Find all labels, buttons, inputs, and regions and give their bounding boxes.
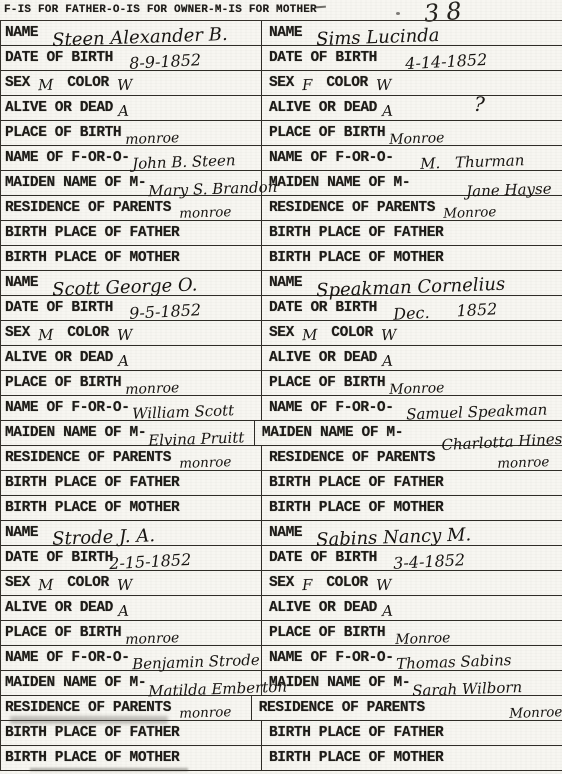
- foro-label: NAME OF F-OR-O-: [269, 401, 394, 416]
- maiden-field: MAIDEN NAME OF M-Charlotta Hines: [255, 421, 562, 445]
- record-row: BIRTH PLACE OF MOTHERBIRTH PLACE OF MOTH…: [1, 246, 562, 271]
- pob-label: PLACE OF BIRTH: [269, 376, 385, 391]
- color-label: COLOR: [326, 576, 368, 591]
- sex-value: F: [302, 77, 313, 92]
- sex-label: SEX: [269, 576, 294, 591]
- foro-field: NAME OF F-OR-O-Benjamin Strode: [1, 646, 262, 670]
- pob-field: PLACE OF BIRTHmonroe: [1, 371, 262, 395]
- pob-field: PLACE OF BIRTHmonroe: [1, 121, 262, 145]
- bpm-label: BIRTH PLACE OF MOTHER: [5, 251, 179, 266]
- bpm-label: BIRTH PLACE OF MOTHER: [269, 251, 443, 266]
- dob-field: DATE OF BIRTH9-5-1852: [1, 296, 262, 320]
- sex-field: SEXMCOLORW: [262, 321, 562, 345]
- bpf-field: BIRTH PLACE OF FATHER: [1, 471, 262, 495]
- bpf-field: BIRTH PLACE OF FATHER: [262, 471, 562, 495]
- residence-value: monroe: [497, 456, 550, 471]
- sex-label: SEX: [269, 326, 294, 341]
- foro-label: NAME OF F-OR-O-: [5, 151, 130, 166]
- bpm-label: BIRTH PLACE OF MOTHER: [5, 501, 179, 516]
- maiden-label: MAIDEN NAME OF M-: [5, 176, 146, 191]
- maiden-label: MAIDEN NAME OF M-: [5, 676, 146, 691]
- maiden-label: MAIDEN NAME OF M-: [269, 176, 410, 191]
- sex-label: SEX: [5, 76, 30, 91]
- residence-label: RESIDENCE OF PARENTS: [269, 451, 435, 466]
- color-label: COLOR: [326, 76, 368, 91]
- question-mark: ?: [473, 94, 485, 115]
- pob-label: PLACE OF BIRTH: [5, 626, 121, 641]
- record-table: NAMESteen Alexander B.NAMESims LucindaDA…: [0, 20, 562, 771]
- foro-value: M. Thurman: [419, 153, 524, 172]
- bpm-field: BIRTH PLACE OF MOTHER: [262, 246, 562, 270]
- sex-label: SEX: [269, 76, 294, 91]
- residence-value: Monroe: [509, 706, 562, 721]
- name-label: NAME: [5, 26, 38, 41]
- foro-label: NAME OF F-OR-O-: [5, 651, 130, 666]
- alive-value: A: [382, 353, 393, 368]
- alive-field: ALIVE OR DEADA: [262, 596, 562, 620]
- name-label: NAME: [5, 276, 38, 291]
- record-row: NAMESteen Alexander B.NAMESims Lucinda: [1, 21, 562, 46]
- bpf-field: BIRTH PLACE OF FATHER: [1, 721, 262, 745]
- foro-field: NAME OF F-OR-O-Samuel Speakman: [262, 396, 562, 420]
- dob-field: DATE OR BIRTHDec. 1852: [262, 296, 562, 320]
- sex-field: SEXMCOLORW: [1, 571, 262, 595]
- bpm-field: BIRTH PLACE OF MOTHER: [262, 496, 562, 520]
- foro-value: John B. Steen: [131, 153, 235, 172]
- residence-value: Monroe: [443, 206, 497, 221]
- sex-field: SEXFCOLORW: [262, 71, 562, 95]
- maiden-field: MAIDEN NAME OF M-Jane Hayse: [262, 171, 562, 195]
- foro-value: Samuel Speakman: [405, 402, 547, 422]
- dob-label: DATE OF BIRTH: [269, 551, 377, 566]
- residence-label: RESIDENCE OF PARENTS: [269, 201, 435, 216]
- color-value: W: [117, 577, 133, 593]
- sex-value: M: [302, 327, 318, 343]
- maiden-label: MAIDEN NAME OF M-: [5, 426, 146, 441]
- bpf-field: BIRTH PLACE OF FATHER: [262, 221, 562, 245]
- residence-field: RESIDENCE OF PARENTSMonroe: [262, 196, 562, 220]
- sex-field: SEXMCOLORW: [1, 71, 262, 95]
- residence-label: RESIDENCE OF PARENTS: [5, 201, 171, 216]
- dob-label: DATE OF BIRTH: [5, 51, 113, 66]
- record-row: DATE OF BIRTH8-9-1852DATE OF BIRTH4-14-1…: [1, 46, 562, 71]
- residence-field: RESIDENCE OF PARENTSMonroe: [252, 696, 562, 720]
- pob-field: PLACE OF BIRTHMonroe: [262, 621, 562, 645]
- record-row: MAIDEN NAME OF M-Matilda EmbertonMAIDEN …: [1, 671, 562, 696]
- residence-value: monroe: [179, 206, 232, 221]
- record-row: ALIVE OR DEADAALIVE OR DEADA?: [1, 96, 562, 121]
- scanned-page: F-IS FOR FATHER-O-IS FOR OWNER-M-IS FOR …: [0, 0, 562, 774]
- record-row: DATE OF BIRTH2-15-1852DATE OF BIRTH3-4-1…: [1, 546, 562, 571]
- record-row: PLACE OF BIRTHmonroePLACE OF BIRTHMonroe: [1, 121, 562, 146]
- residence-value: monroe: [179, 706, 232, 721]
- foro-value: Benjamin Strode: [131, 652, 259, 671]
- color-value: W: [117, 77, 133, 93]
- dob-label: DATE OF BIRTH: [269, 51, 377, 66]
- alive-value: A: [382, 103, 393, 118]
- record-row: NAME OF F-OR-O-John B. SteenNAME OF F-OR…: [1, 146, 562, 171]
- alive-value: A: [382, 603, 393, 618]
- sex-value: M: [38, 327, 54, 343]
- record-row: BIRTH PLACE OF MOTHERBIRTH PLACE OF MOTH…: [1, 746, 562, 771]
- bpm-field: BIRTH PLACE OF MOTHER: [1, 246, 262, 270]
- bpf-label: BIRTH PLACE OF FATHER: [269, 226, 443, 241]
- pob-value: monroe: [125, 131, 180, 147]
- record-row: BIRTH PLACE OF MOTHERBIRTH PLACE OF MOTH…: [1, 496, 562, 521]
- name-field: NAMEScott George O.: [1, 271, 262, 295]
- pob-label: PLACE OF BIRTH: [5, 126, 121, 141]
- pob-label: PLACE OF BIRTH: [5, 376, 121, 391]
- record-row: PLACE OF BIRTHmonroePLACE OF BIRTHMonroe: [1, 371, 562, 396]
- color-label: COLOR: [67, 76, 109, 91]
- alive-field: ALIVE OR DEADA: [1, 596, 262, 620]
- alive-label: ALIVE OR DEAD: [5, 351, 113, 366]
- bpf-field: BIRTH PLACE OF FATHER: [1, 221, 262, 245]
- alive-label: ALIVE OR DEAD: [269, 101, 377, 116]
- name-field: NAMESteen Alexander B.: [1, 21, 262, 45]
- alive-value: A: [118, 603, 129, 618]
- record-row: ALIVE OR DEADAALIVE OR DEADA: [1, 346, 562, 371]
- pob-label: PLACE OF BIRTH: [269, 126, 385, 141]
- name-label: NAME: [5, 526, 38, 541]
- record-row: RESIDENCE OF PARENTSmonroeRESIDENCE OF P…: [1, 446, 562, 471]
- sex-label: SEX: [5, 576, 30, 591]
- alive-field: ALIVE OR DEADA: [1, 346, 262, 370]
- sex-label: SEX: [5, 326, 30, 341]
- dob-field: DATE OF BIRTH4-14-1852: [262, 46, 562, 70]
- pob-value: Monroe: [389, 381, 445, 397]
- dob-label: DATE OF BIRTH: [5, 301, 113, 316]
- alive-field: ALIVE OR DEADA: [1, 96, 262, 120]
- maiden-label: MAIDEN NAME OF M-: [269, 676, 410, 691]
- pob-field: PLACE OF BIRTHMonroe: [262, 371, 562, 395]
- dob-label: DATE OF BIRTH: [5, 551, 113, 566]
- bpm-label: BIRTH PLACE OF MOTHER: [269, 501, 443, 516]
- alive-value: A: [118, 103, 129, 118]
- pob-value: monroe: [125, 381, 180, 397]
- foro-field: NAME OF F-OR-O-M. Thurman: [262, 146, 562, 170]
- record-row: PLACE OF BIRTHmonroePLACE OF BIRTHMonroe: [1, 621, 562, 646]
- alive-label: ALIVE OR DEAD: [5, 101, 113, 116]
- bpm-label: BIRTH PLACE OF MOTHER: [269, 751, 443, 766]
- dob-value: 8-9-1852: [129, 52, 202, 72]
- alive-field: ALIVE OR DEADA: [262, 346, 562, 370]
- residence-field: RESIDENCE OF PARENTSmonroe: [1, 446, 262, 470]
- record-row: MAIDEN NAME OF M-Elvina PruittMAIDEN NAM…: [1, 421, 562, 446]
- sex-value: M: [38, 77, 54, 93]
- record-row: BIRTH PLACE OF FATHERBIRTH PLACE OF FATH…: [1, 221, 562, 246]
- residence-label: RESIDENCE OF PARENTS: [5, 451, 171, 466]
- sex-value: M: [38, 577, 54, 593]
- bpm-label: BIRTH PLACE OF MOTHER: [5, 751, 179, 766]
- dob-value: 4-14-1852: [405, 52, 488, 72]
- alive-label: ALIVE OR DEAD: [269, 601, 377, 616]
- dob-value: 2-15-1852: [109, 552, 192, 572]
- dob-field: DATE OF BIRTH8-9-1852: [1, 46, 262, 70]
- color-value: W: [117, 327, 133, 343]
- pob-value: Monroe: [395, 631, 451, 647]
- record-row: NAMEScott George O.NAMESpeakman Corneliu…: [1, 271, 562, 296]
- record-row: NAME OF F-OR-O-Benjamin StrodeNAME OF F-…: [1, 646, 562, 671]
- bpf-label: BIRTH PLACE OF FATHER: [5, 726, 179, 741]
- dob-field: DATE OF BIRTH2-15-1852: [1, 546, 262, 570]
- record-row: SEXMCOLORWSEXFCOLORW: [1, 571, 562, 596]
- sex-field: SEXFCOLORW: [262, 571, 562, 595]
- foro-value: William Scott: [131, 403, 234, 422]
- bpf-label: BIRTH PLACE OF FATHER: [5, 476, 179, 491]
- bpm-field: BIRTH PLACE OF MOTHER: [1, 496, 262, 520]
- foro-field: NAME OF F-OR-O-William Scott: [1, 396, 262, 420]
- residence-label: RESIDENCE OF PARENTS: [259, 701, 425, 716]
- header-key-note: F-IS FOR FATHER-O-IS FOR OWNER-M-IS FOR …: [4, 4, 317, 17]
- bpf-label: BIRTH PLACE OF FATHER: [269, 726, 443, 741]
- pob-value: monroe: [125, 631, 180, 647]
- residence-label: RESIDENCE OF PARENTS: [5, 701, 171, 716]
- maiden-field: MAIDEN NAME OF M-Elvina Pruitt: [1, 421, 255, 445]
- alive-value: A: [118, 353, 129, 368]
- record-row: NAME OF F-OR-O-William ScottNAME OF F-OR…: [1, 396, 562, 421]
- foro-label: NAME OF F-OR-O-: [269, 151, 394, 166]
- pob-field: PLACE OF BIRTHMonroe: [262, 121, 562, 145]
- name-field: NAMESpeakman Cornelius: [262, 271, 562, 295]
- alive-label: ALIVE OR DEAD: [5, 601, 113, 616]
- residence-field: RESIDENCE OF PARENTSmonroe: [1, 696, 252, 720]
- name-field: NAMESabins Nancy M.: [262, 521, 562, 545]
- color-value: W: [376, 577, 392, 593]
- foro-label: NAME OF F-OR-O-: [269, 651, 394, 666]
- maiden-field: MAIDEN NAME OF M-Matilda Emberton: [1, 671, 262, 695]
- color-label: COLOR: [331, 326, 373, 341]
- name-field: NAMEStrode J. A.: [1, 521, 262, 545]
- sex-field: SEXMCOLORW: [1, 321, 262, 345]
- scan-dot: [396, 12, 400, 15]
- dob-field: DATE OF BIRTH3-4-1852: [262, 546, 562, 570]
- pob-value: Monroe: [389, 131, 445, 147]
- bpf-label: BIRTH PLACE OF FATHER: [269, 476, 443, 491]
- color-label: COLOR: [67, 326, 109, 341]
- residence-value: monroe: [179, 456, 232, 471]
- maiden-field: MAIDEN NAME OF M-Sarah Wilborn: [262, 671, 562, 695]
- record-row: SEXMCOLORWSEXMCOLORW: [1, 321, 562, 346]
- residence-field: RESIDENCE OF PARENTSmonroe: [1, 196, 262, 220]
- name-field: NAMESims Lucinda: [262, 21, 562, 45]
- alive-field: ALIVE OR DEADA?: [262, 96, 562, 120]
- name-label: NAME: [269, 526, 302, 541]
- foro-field: NAME OF F-OR-O-John B. Steen: [1, 146, 262, 170]
- scan-mark: [316, 6, 326, 12]
- foro-label: NAME OF F-OR-O-: [5, 401, 130, 416]
- name-label: NAME: [269, 26, 302, 41]
- bpm-field: BIRTH PLACE OF MOTHER: [262, 746, 562, 770]
- dob-value: 3-4-1852: [393, 552, 466, 572]
- name-label: NAME: [269, 276, 302, 291]
- bpf-label: BIRTH PLACE OF FATHER: [5, 226, 179, 241]
- maiden-label: MAIDEN NAME OF M-: [262, 426, 403, 441]
- pob-label: PLACE OF BIRTH: [269, 626, 385, 641]
- dob-label: DATE OR BIRTH: [269, 301, 377, 316]
- record-row: BIRTH PLACE OF FATHERBIRTH PLACE OF FATH…: [1, 721, 562, 746]
- bpm-field: BIRTH PLACE OF MOTHER: [1, 746, 262, 770]
- color-value: W: [381, 327, 397, 343]
- pob-field: PLACE OF BIRTHmonroe: [1, 621, 262, 645]
- record-row: MAIDEN NAME OF M-Mary S. BrandonMAIDEN N…: [1, 171, 562, 196]
- record-row: DATE OF BIRTH9-5-1852DATE OR BIRTHDec. 1…: [1, 296, 562, 321]
- foro-value: Thomas Sabins: [395, 652, 511, 671]
- residence-field: RESIDENCE OF PARENTSmonroe: [262, 446, 562, 470]
- record-row: RESIDENCE OF PARENTSmonroeRESIDENCE OF P…: [1, 196, 562, 221]
- dob-value: 9-5-1852: [129, 302, 202, 322]
- sex-value: F: [302, 577, 313, 592]
- foro-field: NAME OF F-OR-O-Thomas Sabins: [262, 646, 562, 670]
- record-row: RESIDENCE OF PARENTSmonroeRESIDENCE OF P…: [1, 696, 562, 721]
- color-label: COLOR: [67, 576, 109, 591]
- record-row: BIRTH PLACE OF FATHERBIRTH PLACE OF FATH…: [1, 471, 562, 496]
- record-row: ALIVE OR DEADAALIVE OR DEADA: [1, 596, 562, 621]
- dob-value: Dec. 1852: [393, 301, 498, 322]
- record-row: NAMEStrode J. A.NAMESabins Nancy M.: [1, 521, 562, 546]
- maiden-field: MAIDEN NAME OF M-Mary S. Brandon: [1, 171, 262, 195]
- bpf-field: BIRTH PLACE OF FATHER: [262, 721, 562, 745]
- color-value: W: [376, 77, 392, 93]
- alive-label: ALIVE OR DEAD: [269, 351, 377, 366]
